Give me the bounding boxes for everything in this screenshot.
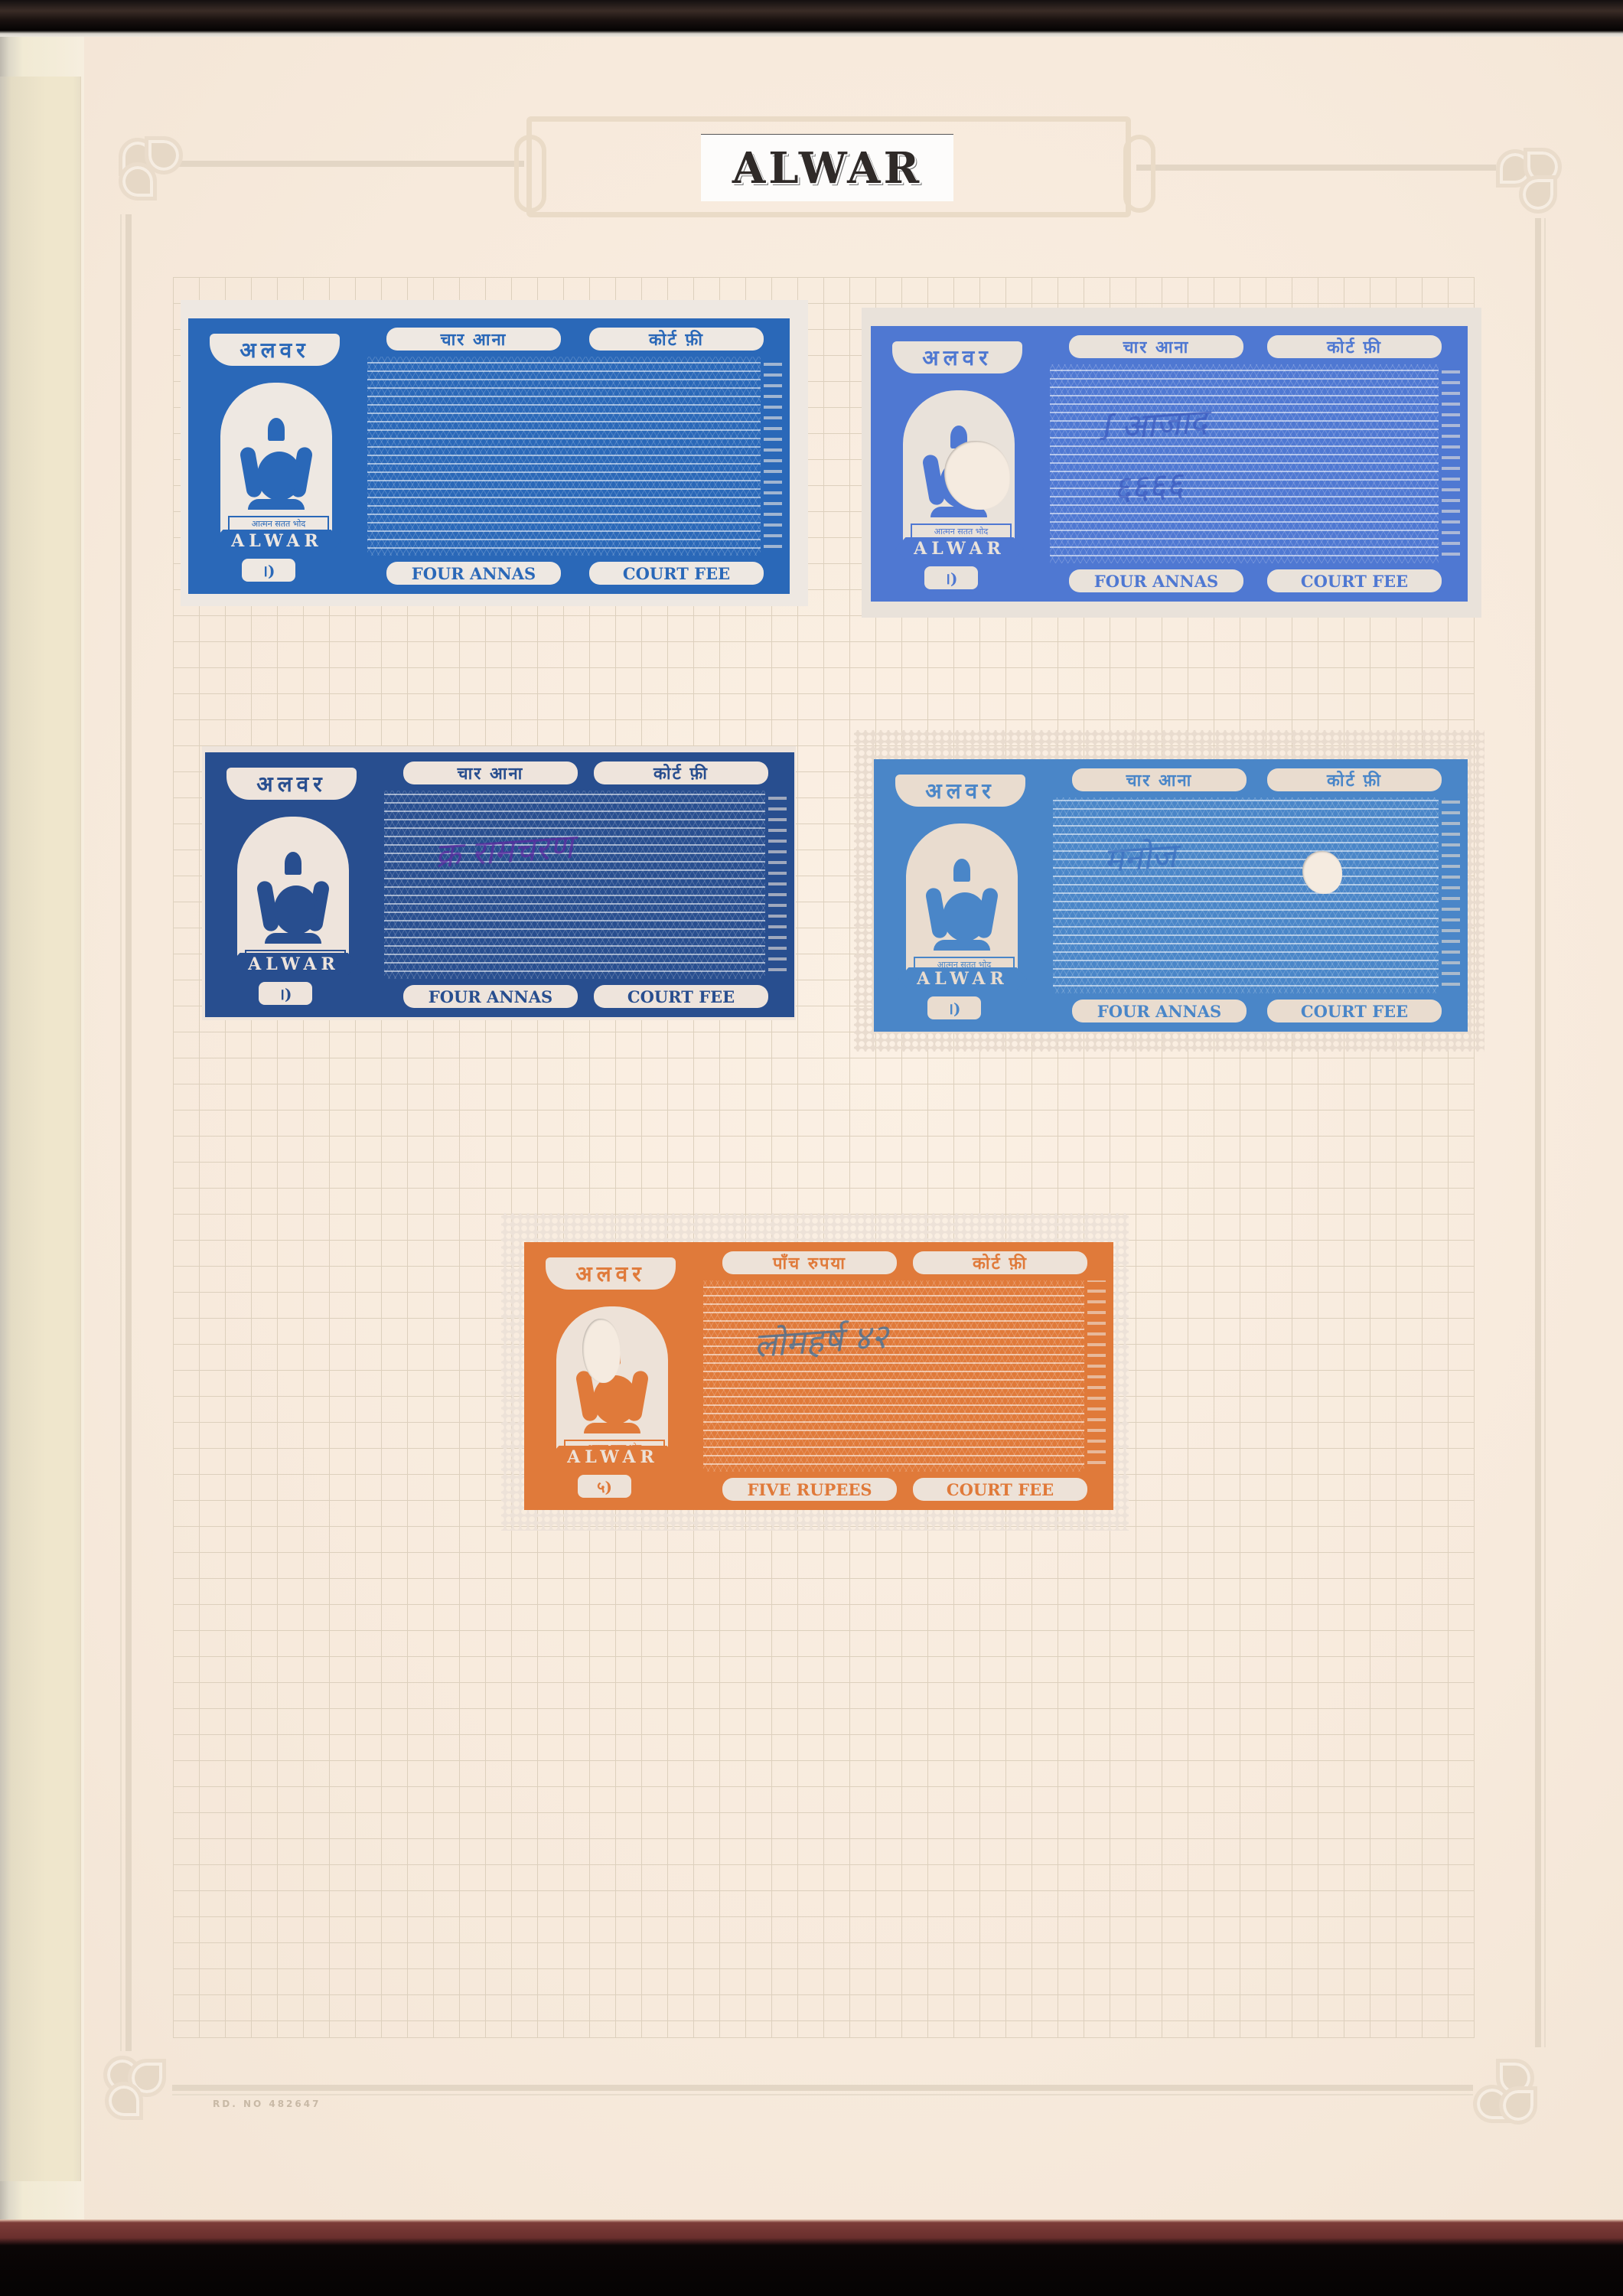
value-english: FOUR ANNAS [1072,1000,1247,1022]
registration-number: RD. NO 482647 [213,2099,321,2109]
ornamental-border [1442,797,1460,993]
value-hindi: चार आना [1069,335,1243,358]
stamp-3: अलवर आत्मन सतत भोद ALWAR ।) चार आना कोर्… [202,746,796,1020]
value-hindi: पाँच रुपया [722,1251,897,1274]
type-english: COURT FEE [594,985,768,1008]
value-numeral: ।) [924,566,978,589]
state-name-hindi: अलवर [895,775,1025,807]
manuscript-cancel: क्र रामचरण [432,817,575,887]
page-title: ALWAR [732,143,922,194]
state-name-hindi: अलवर [210,334,340,366]
value-english: FOUR ANNAS [403,985,578,1008]
punch-hole [1302,851,1342,894]
frame-top-left-line [172,161,524,167]
clover-ornament-icon [111,130,180,199]
stamp-1: अलवर आत्मन सतत भोद ALWAR ।) चार आना कोर्… [181,300,808,606]
value-hindi: चार आना [386,328,561,351]
cartouche-right-scroll [1123,135,1155,213]
value-english: FOUR ANNAS [386,562,561,585]
clover-ornament-icon [1496,142,1565,210]
state-name-hindi: अलवर [227,768,357,800]
album-bottom-edge [0,2219,1623,2296]
frame-left-line [125,214,132,2051]
value-english: FIVE RUPEES [722,1478,897,1501]
title-label: ALWAR [701,135,953,201]
stamp-5: अलवर आत्मन सतत भोद ALWAR ५) पाँच रुपया क… [501,1213,1129,1531]
state-name-english: ALWAR [549,1446,677,1469]
state-name-english: ALWAR [895,537,1024,560]
clover-ornament-icon [1473,2059,1542,2128]
coat-of-arms-icon [260,852,326,944]
stamp-2: अलवर आत्मन सतत भोद ALWAR ।) चार आना कोर्… [862,308,1481,618]
type-english: COURT FEE [589,562,764,585]
stamp-design: अलवर आत्मन सतत भोद ALWAR ।) चार आना कोर्… [188,318,790,594]
type-hindi: कोर्ट फ़ी [1267,768,1442,791]
coat-of-arms-icon [243,418,309,510]
type-english: COURT FEE [913,1478,1087,1501]
value-hindi: चार आना [1072,768,1247,791]
type-hindi: कोर्ट फ़ी [589,328,764,351]
lattice-background [1053,797,1439,993]
state-name-hindi: अलवर [892,341,1022,373]
value-numeral: ।) [242,559,295,582]
value-hindi: चार आना [403,762,578,784]
value-english: FOUR ANNAS [1069,569,1243,592]
lattice-background [367,357,761,556]
punch-hole [582,1319,621,1383]
value-numeral: ५) [578,1475,631,1498]
album-spine-inset [0,77,81,2181]
ornamental-border [764,357,782,556]
coat-of-arms-icon [929,859,995,951]
stamp-4: अलवर आत्मन सतत भोद ALWAR ।) चार आना कोर्… [854,730,1484,1052]
stamp-design: अलवर आत्मन सतत भोद ALWAR ।) चार आना कोर्… [205,752,794,1017]
frame-right-line [1535,218,1541,2047]
ornamental-border [768,791,787,979]
manuscript-cancel: लोमहर्ष ४२ [751,1306,890,1377]
type-hindi: कोर्ट फ़ी [913,1251,1087,1274]
cartouche-left-scroll [514,135,546,213]
value-numeral: ।) [259,982,312,1005]
frame-left-inner-line [120,214,122,2051]
clover-ornament-icon [96,2051,165,2120]
frame-top-right-line [1136,165,1496,171]
type-english: COURT FEE [1267,1000,1442,1022]
ornamental-border [1442,364,1460,563]
manuscript-cancel: मनोज [1101,826,1178,892]
frame-bottom-line [172,2085,1473,2091]
album-top-edge [0,0,1623,37]
type-hindi: कोर्ट फ़ी [594,762,768,784]
type-english: COURT FEE [1267,569,1442,592]
state-name-hindi: अलवर [546,1257,676,1290]
state-name-english: ALWAR [213,530,341,553]
frame-bottom-inner-line [172,2094,1473,2095]
state-name-english: ALWAR [898,967,1027,990]
stamp-design: अलवर आत्मन सतत भोद ALWAR ।) चार आना कोर्… [874,759,1468,1032]
manuscript-cancel: ꭍ आजाद ६६६६ [1097,391,1214,521]
coat-of-arms-panel: अलवर आत्मन सतत भोद ALWAR ।) [196,326,357,586]
frame-right-inner-line [1544,218,1546,2047]
value-numeral: ।) [927,996,981,1019]
ornamental-border [1087,1280,1106,1472]
state-name-english: ALWAR [230,953,358,976]
type-hindi: कोर्ट फ़ी [1267,335,1442,358]
coat-of-arms-panel: अलवर आत्मन सतत भोद ALWAR ।) [882,767,1042,1024]
coat-of-arms-panel: अलवर आत्मन सतत भोद ALWAR ।) [213,760,373,1009]
